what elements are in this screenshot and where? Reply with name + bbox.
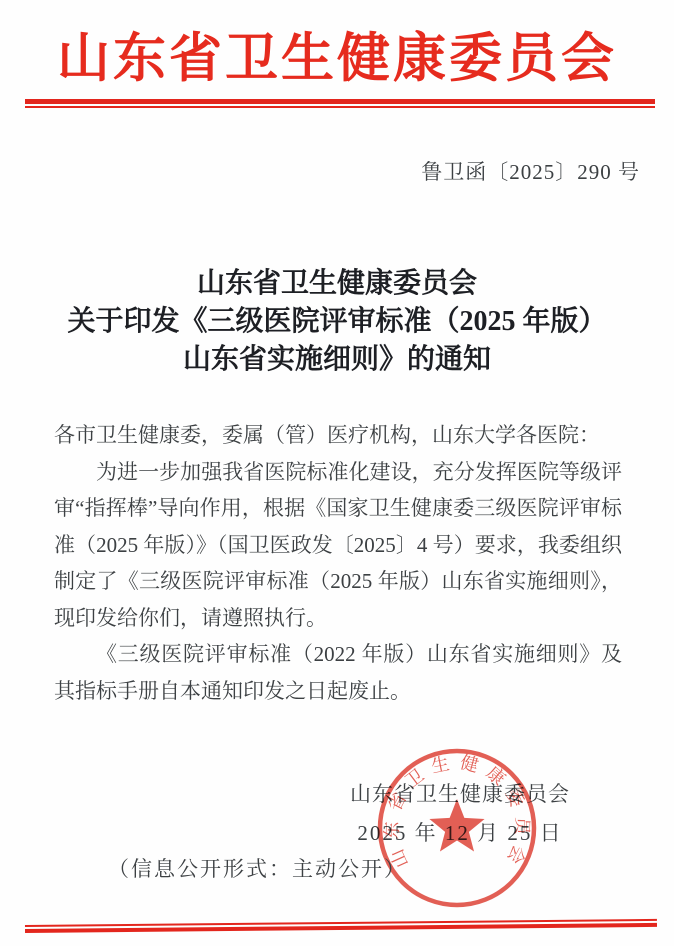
document-number: 鲁卫函〔2025〕290 号 xyxy=(0,156,640,186)
signature-org-name: 山东省卫生健康委员会 xyxy=(320,781,600,807)
document-title-line3: 山东省实施细则》的通知 xyxy=(0,341,674,379)
salutation-line: 各市卫生健康委，委属（管）医疗机构，山东大学各医院： xyxy=(54,417,622,454)
body-paragraph-2: 《三级医院评审标准（2022 年版）山东省实施细则》及其指标手册自本通知印发之日… xyxy=(54,636,622,709)
body-paragraph-1: 为进一步加强我省医院标准化建设，充分发挥医院等级评审“指挥棒”导向作用，根据《国… xyxy=(54,454,622,637)
footer-double-rule xyxy=(25,919,657,934)
signature-block: 山东省卫生健康委员会 2025 年 12 月 25 日 xyxy=(320,781,600,846)
document-body: 各市卫生健康委，委属（管）医疗机构，山东大学各医院： 为进一步加强我省医院标准化… xyxy=(54,417,622,709)
document-title-line1: 山东省卫生健康委员会 xyxy=(0,265,674,303)
signature-date: 2025 年 12 月 25 日 xyxy=(320,820,600,846)
document-title: 山东省卫生健康委员会 关于印发《三级医院评审标准（2025 年版） 山东省实施细… xyxy=(0,265,674,379)
header-double-rule xyxy=(25,99,655,109)
letterhead-org-name: 山东省卫生健康委员会 xyxy=(0,16,674,92)
disclosure-note: （信息公开形式：主动公开） xyxy=(108,853,407,883)
document-page: 山东省卫生健康委员会 鲁卫函〔2025〕290 号 山东省卫生健康委员会 关于印… xyxy=(0,0,674,946)
header-rule-thin xyxy=(25,106,655,108)
document-title-line2: 关于印发《三级医院评审标准（2025 年版） xyxy=(0,303,674,341)
